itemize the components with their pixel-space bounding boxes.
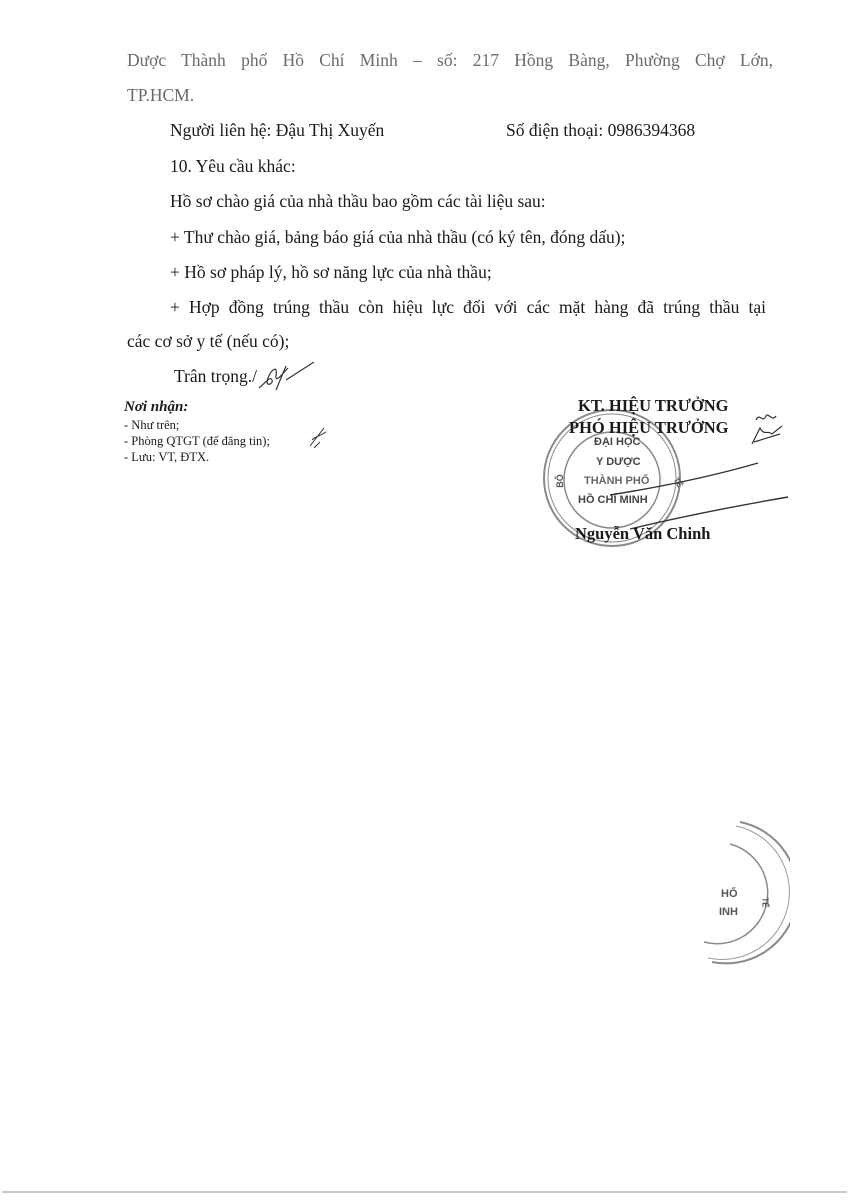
section-10-intro: Hồ sơ chào giá của nhà thầu bao gồm các … [170, 191, 546, 212]
requirement-item: + Hồ sơ pháp lý, hồ sơ năng lực của nhà … [170, 262, 492, 283]
address-line-1: Dược Thành phố Hồ Chí Minh – số: 217 Hồn… [127, 50, 773, 71]
requirement-item: + Hợp đồng trúng thầu còn hiệu lực đối v… [170, 297, 766, 318]
stamp-fragment-edge-text: TẾ [761, 897, 770, 907]
requirement-item: + Thư chào giá, bảng báo giá của nhà thầ… [170, 227, 625, 248]
section-10-title: 10. Yêu cầu khác: [170, 156, 296, 177]
phone-number: Số điện thoại: 0986394368 [506, 120, 695, 141]
closing: Trân trọng./ [174, 366, 257, 387]
signature-initials-icon [748, 408, 788, 448]
page-bottom-edge [2, 1191, 847, 1193]
recipients-title: Nơi nhận: [124, 399, 188, 416]
signature-stroke-icon [600, 455, 790, 535]
contact-person: Người liên hệ: Đậu Thị Xuyến [170, 120, 384, 141]
recipient-item: - Lưu: VT, ĐTX. [124, 450, 209, 465]
recipient-item: - Phòng QTGT (để đăng tin); [124, 434, 270, 449]
requirement-item-continuation: các cơ sở y tế (nếu có); [127, 331, 289, 352]
stamp-fragment-text: HỐ [721, 888, 738, 900]
signature-title-1: KT. HIỆU TRƯỞNG [578, 396, 729, 416]
initials-mark-icon [306, 426, 330, 450]
signer-name: Nguyễn Văn Chinh [575, 524, 710, 544]
recipient-item: - Như trên; [124, 418, 179, 433]
partial-stamp-icon [700, 818, 790, 968]
stamp-fragment-text: INH [719, 906, 738, 918]
initials-signature-icon [256, 358, 316, 394]
stamp-edge-text: BỘ [555, 474, 565, 488]
signature-title-2: PHÓ HIỆU TRƯỞNG [569, 418, 729, 438]
address-line-2: TP.HCM. [127, 85, 194, 106]
